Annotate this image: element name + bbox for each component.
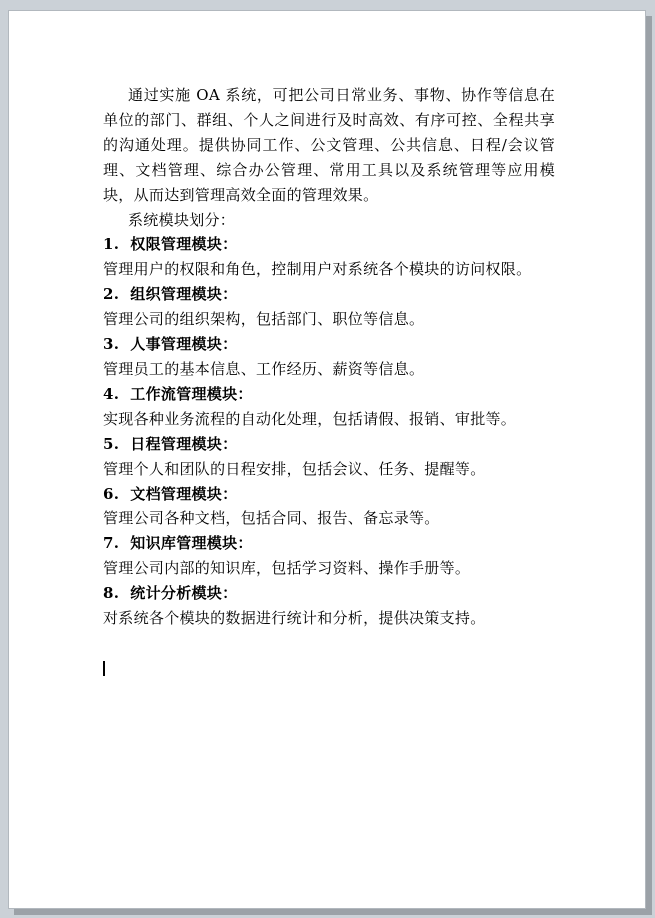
- module-7-heading[interactable]: 7. 知识库管理模块：: [103, 531, 555, 556]
- module-4-heading[interactable]: 4. 工作流管理模块：: [103, 382, 555, 407]
- intro-paragraph[interactable]: 通过实施 OA 系统，可把公司日常业务、事物、协作等信息在单位的部门、群组、个人…: [103, 83, 555, 208]
- module-7-description[interactable]: 管理公司内部的知识库，包括学习资料、操作手册等。: [103, 556, 555, 581]
- module-5-description[interactable]: 管理个人和团队的日程安排，包括会议、任务、提醒等。: [103, 457, 555, 482]
- module-1-heading[interactable]: 1. 权限管理模块：: [103, 232, 555, 257]
- module-6-heading[interactable]: 6. 文档管理模块：: [103, 482, 555, 507]
- module-1-description[interactable]: 管理用户的权限和角色，控制用户对系统各个模块的访问权限。: [103, 257, 555, 282]
- module-2-heading[interactable]: 2. 组织管理模块：: [103, 282, 555, 307]
- module-8-description[interactable]: 对系统各个模块的数据进行统计和分析，提供决策支持。: [103, 606, 555, 631]
- document-page[interactable]: 通过实施 OA 系统，可把公司日常业务、事物、协作等信息在单位的部门、群组、个人…: [8, 10, 646, 909]
- caret-line[interactable]: [103, 656, 555, 681]
- blank-line[interactable]: [103, 631, 555, 656]
- module-8-heading[interactable]: 8. 统计分析模块：: [103, 581, 555, 606]
- module-2-description[interactable]: 管理公司的组织架构，包括部门、职位等信息。: [103, 307, 555, 332]
- module-3-heading[interactable]: 3. 人事管理模块：: [103, 332, 555, 357]
- module-6-description[interactable]: 管理公司各种文档，包括合同、报告、备忘录等。: [103, 506, 555, 531]
- module-4-description[interactable]: 实现各种业务流程的自动化处理，包括请假、报销、审批等。: [103, 407, 555, 432]
- text-cursor-caret: [103, 661, 105, 676]
- document-content[interactable]: 通过实施 OA 系统，可把公司日常业务、事物、协作等信息在单位的部门、群组、个人…: [103, 83, 555, 681]
- module-list-intro[interactable]: 系统模块划分：: [103, 208, 555, 233]
- module-3-description[interactable]: 管理员工的基本信息、工作经历、薪资等信息。: [103, 357, 555, 382]
- module-5-heading[interactable]: 5. 日程管理模块：: [103, 432, 555, 457]
